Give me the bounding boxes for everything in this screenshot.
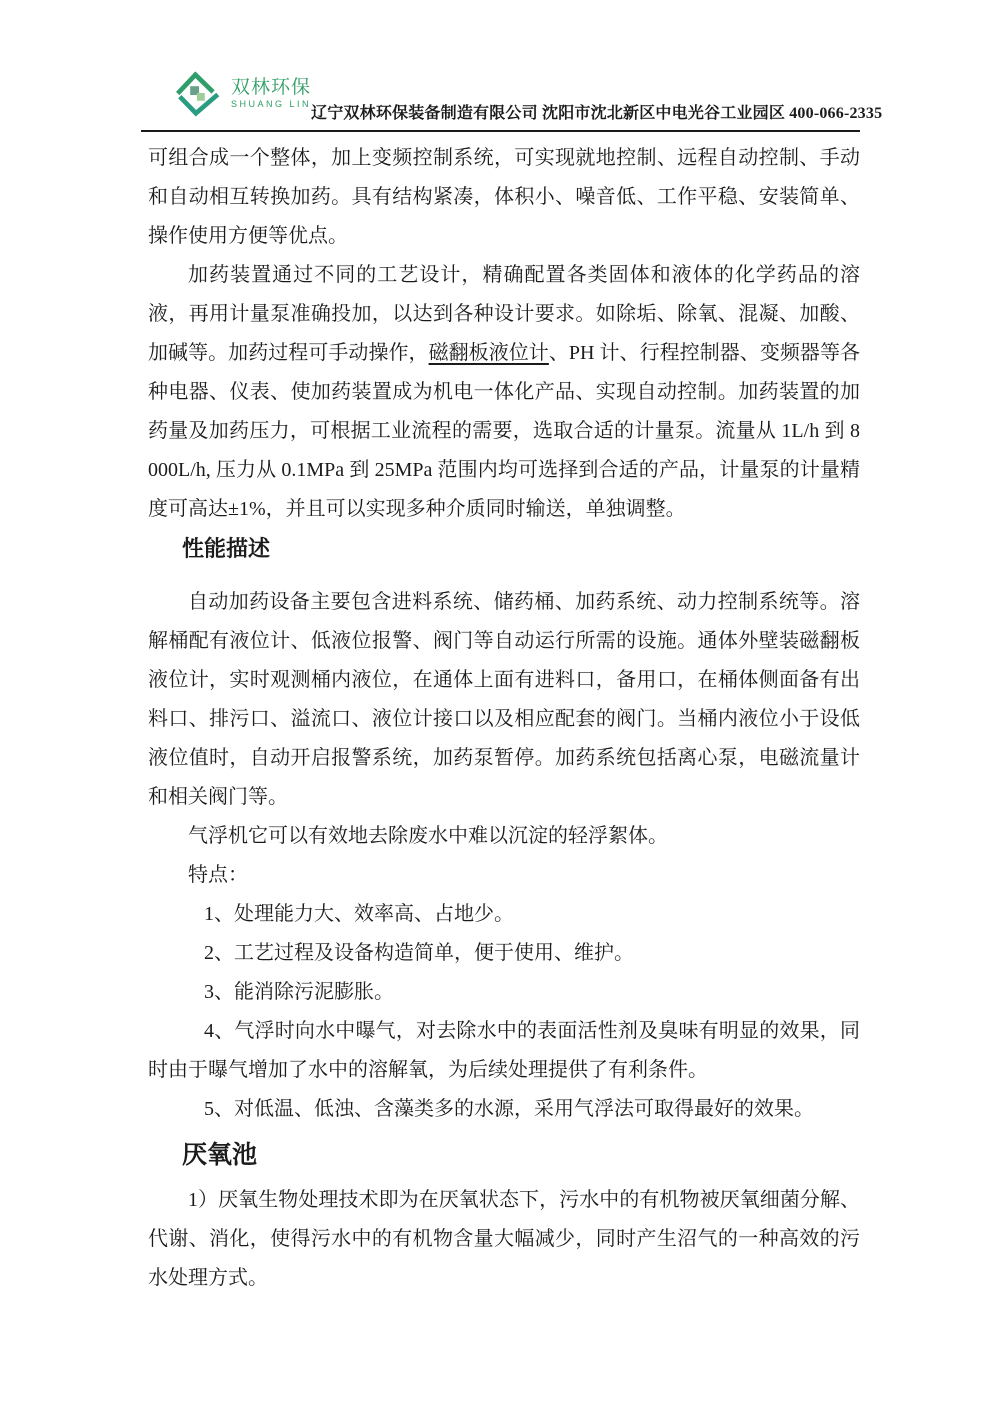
text-run: 气浮机它可以有效地去除废水中难以沉淀的轻浮絮体。	[188, 825, 668, 847]
brand-name-en: SHUANG LIN	[231, 100, 311, 109]
document-body: 可组合成一个整体，加上变频控制系统，可实现就地控制、远程自动控制、手动和自动相互…	[148, 139, 860, 1298]
text-run: 、PH 计、行程控制器、变频器等各种电器、仪表、使加药装置成为机电一体化产品、实…	[148, 342, 860, 520]
paragraph: 3、能消除污泥膨胀。	[148, 973, 860, 1012]
text-run: 1）厌氧生物处理技术即为在厌氧状态下，污水中的有机物被厌氧细菌分解、代谢、消化，…	[148, 1189, 860, 1289]
paragraph: 气浮机它可以有效地去除废水中难以沉淀的轻浮絮体。	[148, 817, 860, 856]
paragraph: 自动加药设备主要包含进料系统、储药桶、加药系统、动力控制系统等。溶解桶配有液位计…	[148, 583, 860, 817]
text-run: 可组合成一个整体，加上变频控制系统，可实现就地控制、远程自动控制、手动和自动相互…	[148, 147, 860, 247]
page-header: 双林环保 SHUANG LIN 辽宁双林环保装备制造有限公司 沈阳市沈北新区中电…	[148, 62, 860, 124]
paragraph: 5、对低温、低浊、含藻类多的水源，采用气浮法可取得最好的效果。	[148, 1090, 860, 1129]
text-run: 2、工艺过程及设备构造简单，便于使用、维护。	[204, 942, 634, 964]
paragraph: 特点：	[148, 856, 860, 895]
paragraph: 2、工艺过程及设备构造简单，便于使用、维护。	[148, 934, 860, 973]
logo-diamond-icon	[172, 66, 224, 122]
text-run: 5、对低温、低浊、含藻类多的水源，采用气浮法可取得最好的效果。	[204, 1098, 814, 1120]
brand-name-cn: 双林环保	[231, 78, 311, 98]
text-run: 1、处理能力大、效率高、占地少。	[204, 903, 514, 925]
paragraph: 1、处理能力大、效率高、占地少。	[148, 895, 860, 934]
company-logo: 双林环保 SHUANG LIN	[172, 66, 311, 124]
section-heading: 性能描述	[182, 529, 860, 569]
paragraph: 加药装置通过不同的工艺设计，精确配置各类固体和液体的化学药品的溶液，再用计量泵准…	[148, 256, 860, 529]
paragraph: 可组合成一个整体，加上变频控制系统，可实现就地控制、远程自动控制、手动和自动相互…	[148, 139, 860, 256]
company-info-line: 辽宁双林环保装备制造有限公司 沈阳市沈北新区中电光谷工业园区 400-066-2…	[311, 100, 882, 124]
text-run: 4、气浮时向水中曝气，对去除水中的表面活性剂及臭味有明显的效果，同时由于曝气增加…	[148, 1020, 860, 1081]
text-run: 自动加药设备主要包含进料系统、储药桶、加药系统、动力控制系统等。溶解桶配有液位计…	[148, 591, 860, 808]
header-divider	[141, 130, 860, 132]
text-run: 3、能消除污泥膨胀。	[204, 981, 394, 1003]
paragraph: 1）厌氧生物处理技术即为在厌氧状态下，污水中的有机物被厌氧细菌分解、代谢、消化，…	[148, 1181, 860, 1298]
underlined-term: 磁翻板液位计	[429, 342, 549, 364]
paragraph: 4、气浮时向水中曝气，对去除水中的表面活性剂及臭味有明显的效果，同时由于曝气增加…	[148, 1012, 860, 1090]
brand-text: 双林环保 SHUANG LIN	[231, 78, 311, 109]
text-run: 特点：	[188, 864, 248, 886]
section-heading: 厌氧池	[182, 1132, 860, 1178]
document-page: 双林环保 SHUANG LIN 辽宁双林环保装备制造有限公司 沈阳市沈北新区中电…	[0, 0, 1000, 1414]
logo-square-light	[197, 93, 205, 101]
